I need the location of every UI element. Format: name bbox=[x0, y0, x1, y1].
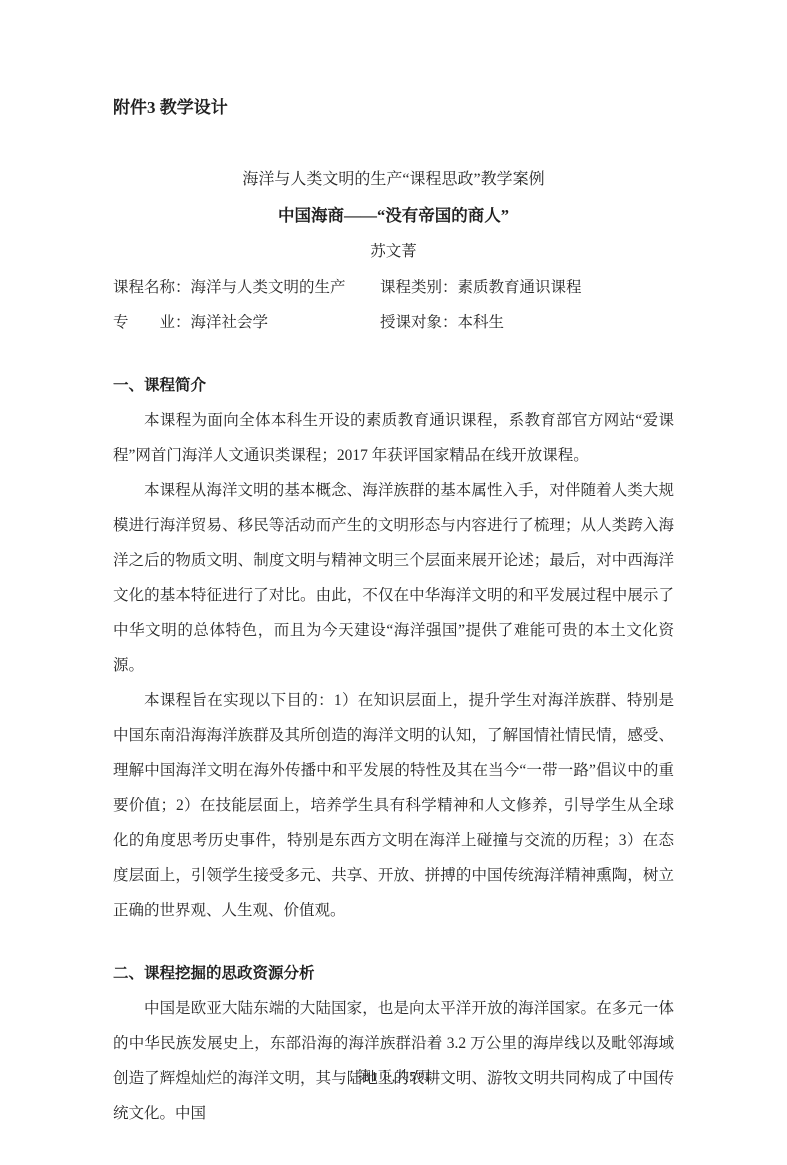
page-number-footer: 第1页,共5页 bbox=[0, 1066, 787, 1086]
course-info-row: 课程名称：海洋与人类文明的生产 课程类别：素质教育通识课程 bbox=[113, 270, 674, 305]
attachment-label: 附件3 教学设计 bbox=[113, 96, 674, 120]
paragraph: 本课程旨在实现以下目的：1）在知识层面上，提升学生对海洋族群、特别是中国东南沿海… bbox=[113, 683, 674, 928]
paragraph: 本课程从海洋文明的基本概念、海洋族群的基本属性入手，对伴随着人类大规模进行海洋贸… bbox=[113, 473, 674, 683]
document-subtitle: 中国海商——“没有帝国的商人” bbox=[113, 198, 674, 234]
audience-field: 授课对象：本科生 bbox=[380, 305, 674, 340]
course-category-field: 课程类别：素质教育通识课程 bbox=[380, 270, 674, 305]
author-name: 苏文菁 bbox=[113, 234, 674, 270]
paragraph: 本课程为面向全体本科生开设的素质教育通识课程，系教育部官方网站“爱课程”网首门海… bbox=[113, 403, 674, 473]
document-page: 附件3 教学设计 海洋与人类文明的生产“课程思政”教学案例 中国海商——“没有帝… bbox=[0, 0, 787, 1165]
course-info-row: 专 业：海洋社会学 授课对象：本科生 bbox=[113, 305, 674, 340]
section-ideological-resources: 二、课程挖掘的思政资源分析 中国是欧亚大陆东端的大陆国家，也是向太平洋开放的海洋… bbox=[113, 956, 674, 1131]
section-course-intro: 一、课程简介 本课程为面向全体本科生开设的素质教育通识课程，系教育部官方网站“爱… bbox=[113, 368, 674, 928]
section-heading-2: 二、课程挖掘的思政资源分析 bbox=[113, 956, 674, 991]
major-field: 专 业：海洋社会学 bbox=[113, 305, 380, 340]
course-name-field: 课程名称：海洋与人类文明的生产 bbox=[113, 270, 380, 305]
document-title: 海洋与人类文明的生产“课程思政”教学案例 bbox=[113, 162, 674, 198]
course-info-block: 课程名称：海洋与人类文明的生产 课程类别：素质教育通识课程 专 业：海洋社会学 … bbox=[113, 270, 674, 340]
paragraph: 中国是欧亚大陆东端的大陆国家，也是向太平洋开放的海洋国家。在多元一体的中华民族发… bbox=[113, 991, 674, 1131]
section-heading-1: 一、课程简介 bbox=[113, 368, 674, 403]
